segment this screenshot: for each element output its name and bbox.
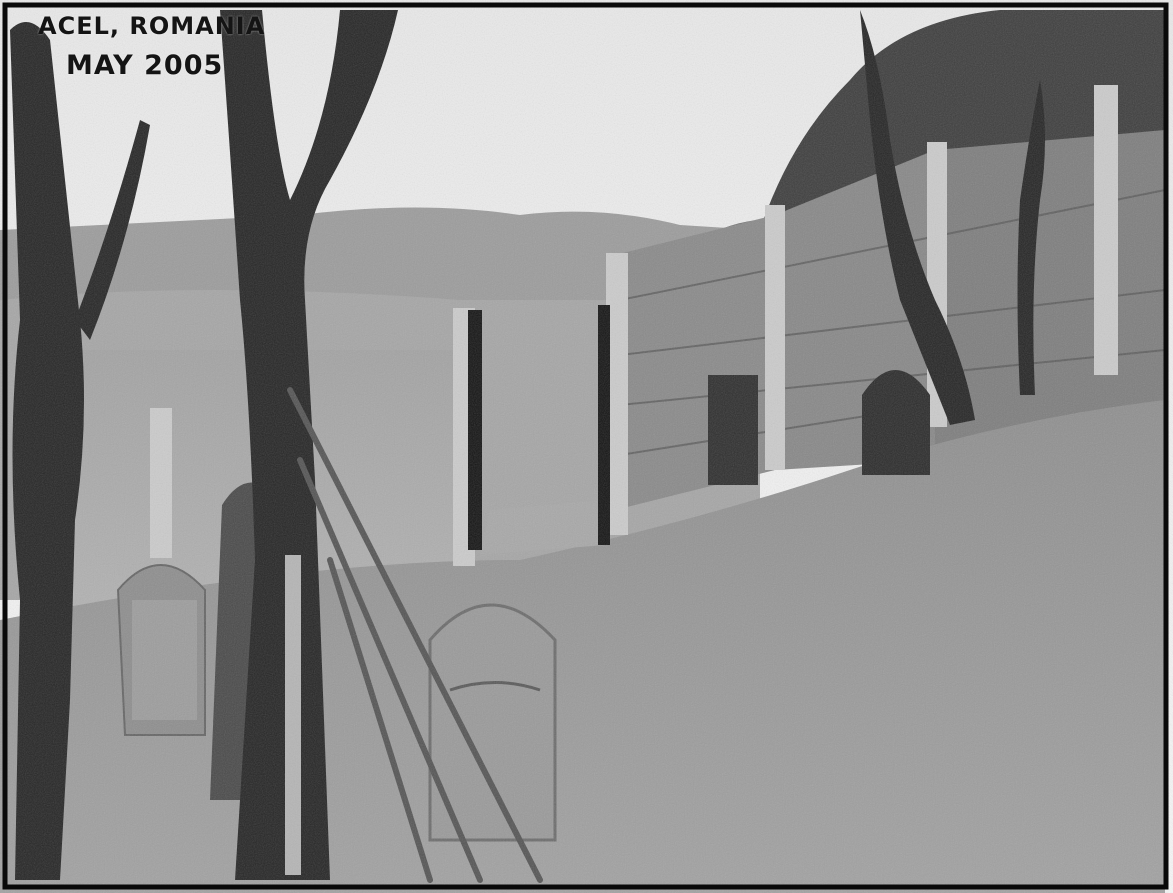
- cemetery-photo: [0, 0, 1173, 893]
- caption-location: ACEL, ROMANIA: [38, 12, 265, 40]
- caption-date: MAY 2005: [66, 50, 223, 81]
